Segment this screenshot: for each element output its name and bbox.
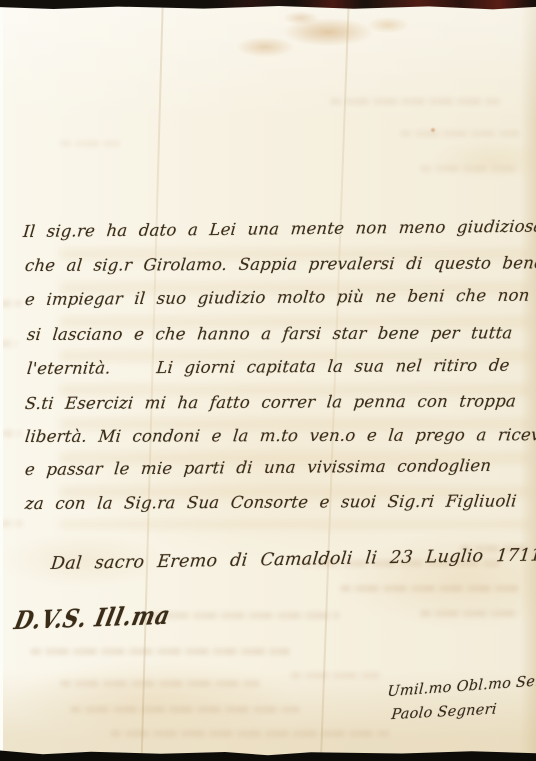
letter-line-9: za con la Sig.ra Sua Consorte e suoi Sig… bbox=[24, 491, 517, 513]
bleedthrough-mark bbox=[330, 98, 500, 105]
bleedthrough-mark bbox=[70, 706, 300, 713]
bleedthrough-mark bbox=[0, 300, 22, 307]
letter-line-7: libertà. Mi condoni e la m.to ven.o e la… bbox=[24, 425, 536, 446]
bleedthrough-mark bbox=[420, 610, 520, 617]
bleedthrough-mark bbox=[290, 672, 380, 679]
bleedthrough-mark bbox=[60, 140, 120, 147]
bleedthrough-mark bbox=[340, 585, 520, 592]
letter-line-2: che al sig.r Girolamo. Sappia prevalersi… bbox=[24, 253, 536, 275]
bleedthrough-mark bbox=[400, 130, 520, 137]
letter-line-5: l'eternità. Li giorni capitata la sua ne… bbox=[26, 356, 510, 378]
letter-line-4: si lasciano e che hanno a farsi star ben… bbox=[26, 323, 513, 344]
scan-edge-left bbox=[0, 0, 3, 761]
bleedthrough-mark bbox=[60, 680, 260, 687]
bleedthrough-mark bbox=[30, 648, 290, 655]
bleedthrough-mark bbox=[110, 730, 390, 737]
closing-initials: D.V.S. Ill.ma bbox=[12, 601, 174, 636]
bleedthrough-mark bbox=[150, 612, 340, 619]
bleedthrough-mark bbox=[420, 165, 520, 172]
letter-line-6: S.ti Esercizi mi ha fatto correr la penn… bbox=[24, 391, 517, 413]
bleedthrough-mark bbox=[0, 520, 24, 527]
bleedthrough-mark bbox=[2, 430, 22, 437]
scanned-letter: Il sig.re ha dato a Lei una mente non me… bbox=[0, 0, 536, 761]
